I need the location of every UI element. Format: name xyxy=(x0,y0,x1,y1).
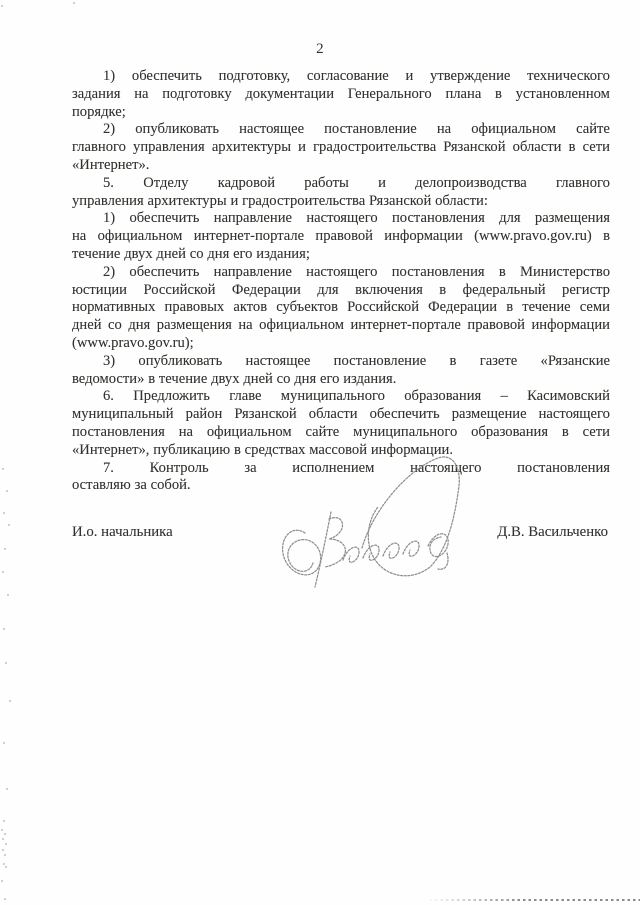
text-line: наофициальноминтернет-порталеправовойинф… xyxy=(72,228,610,246)
text-line: 2)опубликоватьнастоящеепостановлениенаоф… xyxy=(72,121,610,139)
scan-speck xyxy=(4,854,6,856)
signature-scrawl xyxy=(270,440,485,605)
page-number: 2 xyxy=(0,40,640,58)
scan-speck xyxy=(2,571,4,573)
scan-speck xyxy=(7,594,9,596)
signatory-name: Д.В. Васильченко xyxy=(497,523,608,541)
scan-speck xyxy=(2,838,4,840)
scan-speck xyxy=(4,898,6,900)
scan-speck xyxy=(2,849,4,851)
scan-dotted-line xyxy=(424,899,640,901)
document-page: 2 1)обеспечитьподготовку,согласованиеиут… xyxy=(0,0,640,905)
text-line: 1)обеспечитьподготовку,согласованиеиутве… xyxy=(72,68,610,86)
text-line: 2)обеспечитьнаправлениенастоящегопостано… xyxy=(72,264,610,282)
scan-speck xyxy=(3,512,5,514)
text-line: главногоуправленияархитектурыиградострои… xyxy=(72,139,610,157)
scan-speck xyxy=(5,662,7,664)
scan-speck xyxy=(1,5,3,7)
scan-speck xyxy=(5,843,7,845)
scan-speck xyxy=(5,866,7,868)
text-line: ведомости»втечениедвухднейсодняегоиздани… xyxy=(72,371,610,389)
scan-speck xyxy=(4,833,6,835)
text-line: управленияархитектурыиградостроительства… xyxy=(72,193,610,211)
text-line: 1)обеспечитьнаправлениенастоящегопостано… xyxy=(72,210,610,228)
text-line: «Интернет». xyxy=(72,157,610,175)
text-line: порядке; xyxy=(72,104,610,122)
signatory-position: И.о. начальника xyxy=(72,523,173,541)
scan-speck xyxy=(6,788,8,790)
text-line: 3)опубликоватьнастоящеепостановлениевгаз… xyxy=(72,353,610,371)
scan-speck xyxy=(3,820,5,822)
scan-speck xyxy=(9,700,11,702)
scan-speck xyxy=(1,880,3,882)
scan-speck xyxy=(3,628,5,630)
scan-speck xyxy=(2,468,4,470)
scan-speck xyxy=(3,863,5,865)
text-line: 5.Отделукадровойработыиделопроизводстваг… xyxy=(72,175,610,193)
text-line: днейсодняразмещениянаофициальноминтернет… xyxy=(72,317,610,335)
scan-speck xyxy=(1,829,3,831)
scan-speck xyxy=(3,742,5,744)
scan-speck xyxy=(6,490,8,492)
text-line: муниципальныйрайонРязанскойобластиобеспе… xyxy=(72,406,610,424)
text-line: течениедвухднейсодняегоиздания; xyxy=(72,246,610,264)
scan-speck xyxy=(73,2,75,4)
text-line: нормативныхправовыхактовсубъектовРоссийс… xyxy=(72,299,610,317)
text-line: 6.Предложитьглавемуниципальногообразован… xyxy=(72,388,610,406)
text-line: юстицииРоссийскойФедерациидлявключениявф… xyxy=(72,282,610,300)
document-body: 1)обеспечитьподготовку,согласованиеиутве… xyxy=(72,68,610,495)
scan-speck xyxy=(8,524,10,526)
scan-speck xyxy=(4,548,6,550)
text-line: (www.pravo.gov.ru); xyxy=(72,335,610,353)
text-line: заданиянаподготовкудокументацииГенеральн… xyxy=(72,86,610,104)
